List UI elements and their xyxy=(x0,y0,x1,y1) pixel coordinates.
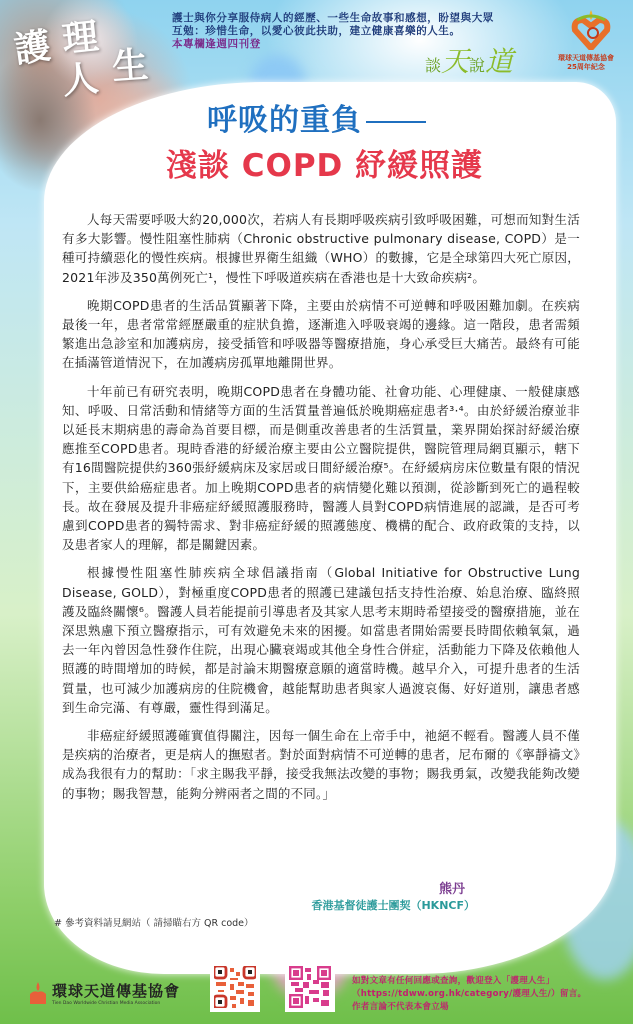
anniversary-org: 環球天道傳基協會 xyxy=(546,54,626,63)
contact-note: 如對文章有任何回應或查詢，歡迎登入「護理人生」 （https://tdww.or… xyxy=(352,975,586,1014)
footer-org-logo: 環球天道傳基協會 Tien Dao Worldwide Christian Me… xyxy=(30,980,180,1006)
paragraph-2: 晚期COPD患者的生活品質顯著下降，主要由於病情不可逆轉和呼吸困難加劇。在疾病最… xyxy=(62,296,580,373)
qr-code-icon xyxy=(289,966,331,1008)
footer-org-name-en: Tien Dao Worldwide Christian Media Assoc… xyxy=(52,1001,180,1006)
paragraph-3: 十年前已有研究表明，晚期COPD患者在身體功能、社會功能、心理健康、一般健康感知… xyxy=(62,382,580,555)
qr-code-icon xyxy=(214,966,256,1008)
footer-org-name: 環球天道傳基協會 xyxy=(52,980,180,1001)
reference-note: # 參考資料請見網站（ 請掃瞄右方 QR code） xyxy=(54,915,254,929)
column-title-char-1: 護 xyxy=(11,18,54,74)
author-name: 熊丹 xyxy=(439,878,465,897)
article-title-line-2: 淺談 COPD 紓緩照護 xyxy=(8,140,633,185)
intro-line-1: 護士與你分享服侍病人的經歷、一些生命故事和感想，盼望與大眾 xyxy=(172,12,512,25)
flame-logo-icon xyxy=(30,982,46,1004)
paragraph-4: 根據慢性阻塞性肺疾病全球倡議指南（Global Initiative for O… xyxy=(62,563,580,717)
qr-code-orange[interactable] xyxy=(210,962,260,1012)
title-dash xyxy=(366,121,426,123)
paragraph-1: 人每天需要呼吸大約20,000次，若病人有長期呼吸疾病引致呼吸困難，可想而知對生… xyxy=(62,210,580,287)
intro-line-2: 互勉：珍惜生命，以愛心彼此扶助，建立健康喜樂的人生。 xyxy=(172,25,512,38)
anniversary-text: 25周年紀念 xyxy=(546,63,626,72)
paragraph-5: 非癌症紓緩照護確實值得關注，因每一個生命在上帝手中，祂絕不輕看。醫護人員不僅是疾… xyxy=(62,726,580,803)
column-title-char-4: 生 xyxy=(110,37,149,90)
article-body: 人每天需要呼吸大約20,000次，若病人有長期呼吸疾病引致呼吸困難，可想而知對生… xyxy=(62,210,580,812)
contact-line-2[interactable]: （https://tdww.org.hk/category/護理人生/）留言。 xyxy=(352,988,586,1001)
qr-code-pink[interactable] xyxy=(285,962,335,1012)
author-organization: 香港基督徒護士團契（HKNCF） xyxy=(311,897,475,913)
anniversary-logo: 環球天道傳基協會 25周年紀念 xyxy=(556,8,626,92)
contact-line-1: 如對文章有任何回應或查詢，歡迎登入「護理人生」 xyxy=(352,975,586,988)
article-title-line-1: 呼吸的重負 xyxy=(0,95,633,139)
heart-logo-icon xyxy=(571,8,611,50)
disclaimer: 作者言論不代表本會立場 xyxy=(352,1001,586,1014)
